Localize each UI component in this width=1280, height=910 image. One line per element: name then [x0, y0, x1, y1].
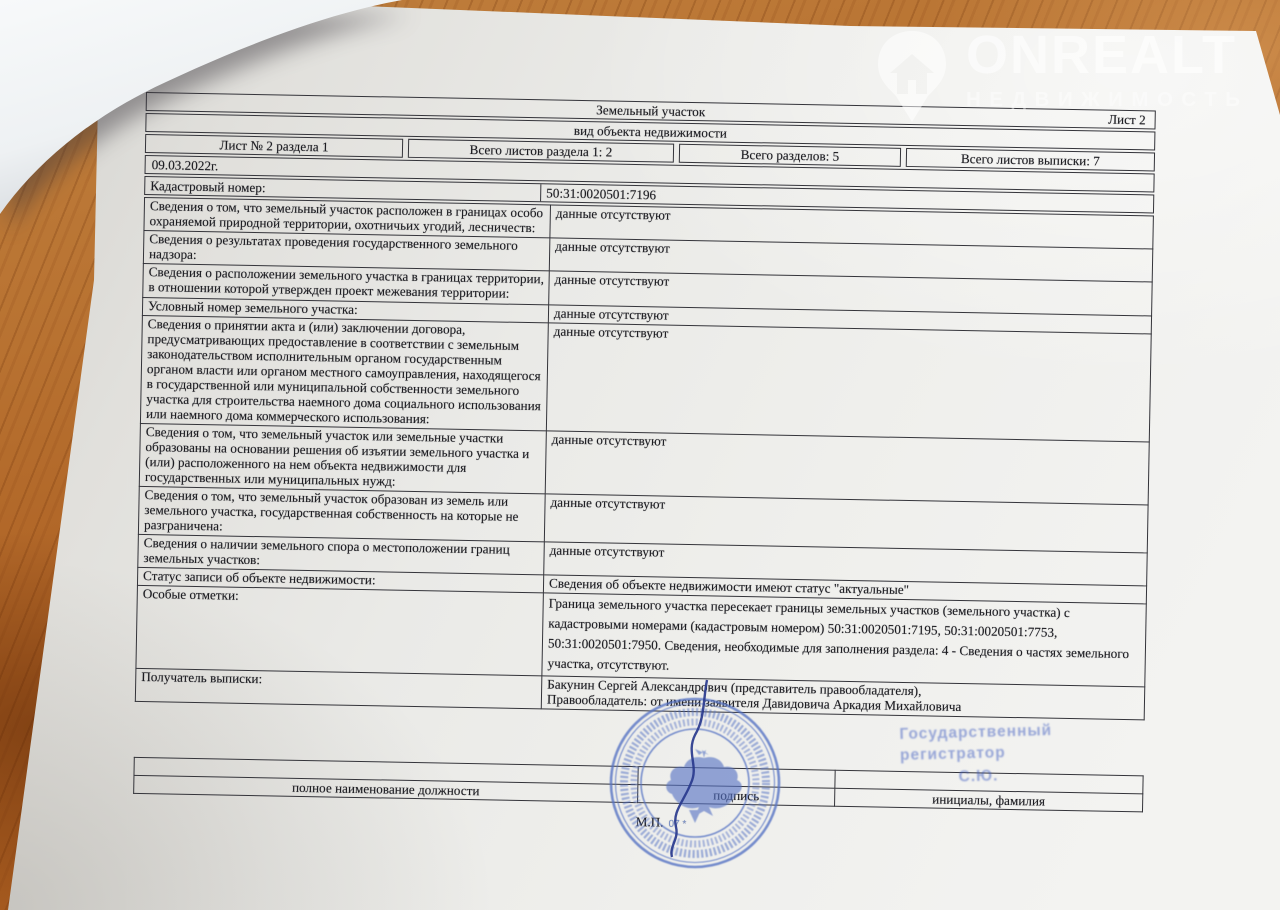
seal-place-label: М.П.07 * — [636, 814, 687, 830]
registrar-stamp: Государственный регистратор С.Ю. — [899, 720, 1053, 789]
field-value: данные отсутствуют — [545, 431, 1149, 505]
registrar-stamp-line: С.Ю. — [958, 764, 1053, 787]
attributes-table: Сведения о том, что земельный участок ра… — [135, 197, 1154, 720]
object-kind-label: вид объекта недвижимости — [574, 123, 727, 141]
field-label: Сведения о принятии акта и (или) заключе… — [140, 315, 548, 431]
field-label: Получатель выписки: — [135, 668, 542, 709]
total-sections-cell: Всего разделов: 5 — [679, 144, 901, 167]
field-label: Сведения о том, что земельный участок об… — [138, 487, 545, 543]
total-sheets-section-cell: Всего листов раздела 1: 2 — [408, 139, 674, 163]
field-value: Граница земельного участка пересекает гр… — [542, 593, 1146, 686]
overlapping-page-corner — [0, 0, 430, 240]
field-label: Особые отметки: — [136, 586, 543, 676]
photo-scene: Земельный участок Лист 2 вид объекта нед… — [0, 0, 1280, 910]
object-type-title: Земельный участок — [596, 102, 705, 119]
registrar-stamp-line: регистратор — [900, 741, 1053, 766]
field-value: данные отсутствуют — [546, 322, 1151, 441]
total-sheets-extract-cell: Всего листов выписки: 7 — [906, 148, 1155, 172]
table-row: Сведения о принятии акта и (или) заключе… — [140, 315, 1151, 442]
signature-label: подпись — [638, 785, 835, 807]
field-label: Сведения о том, что земельный участок ил… — [139, 423, 546, 494]
registrar-stamp-line: Государственный — [899, 720, 1052, 745]
sheet-number: Лист 2 — [1108, 112, 1146, 128]
seal-mark: 07 * — [668, 819, 686, 830]
